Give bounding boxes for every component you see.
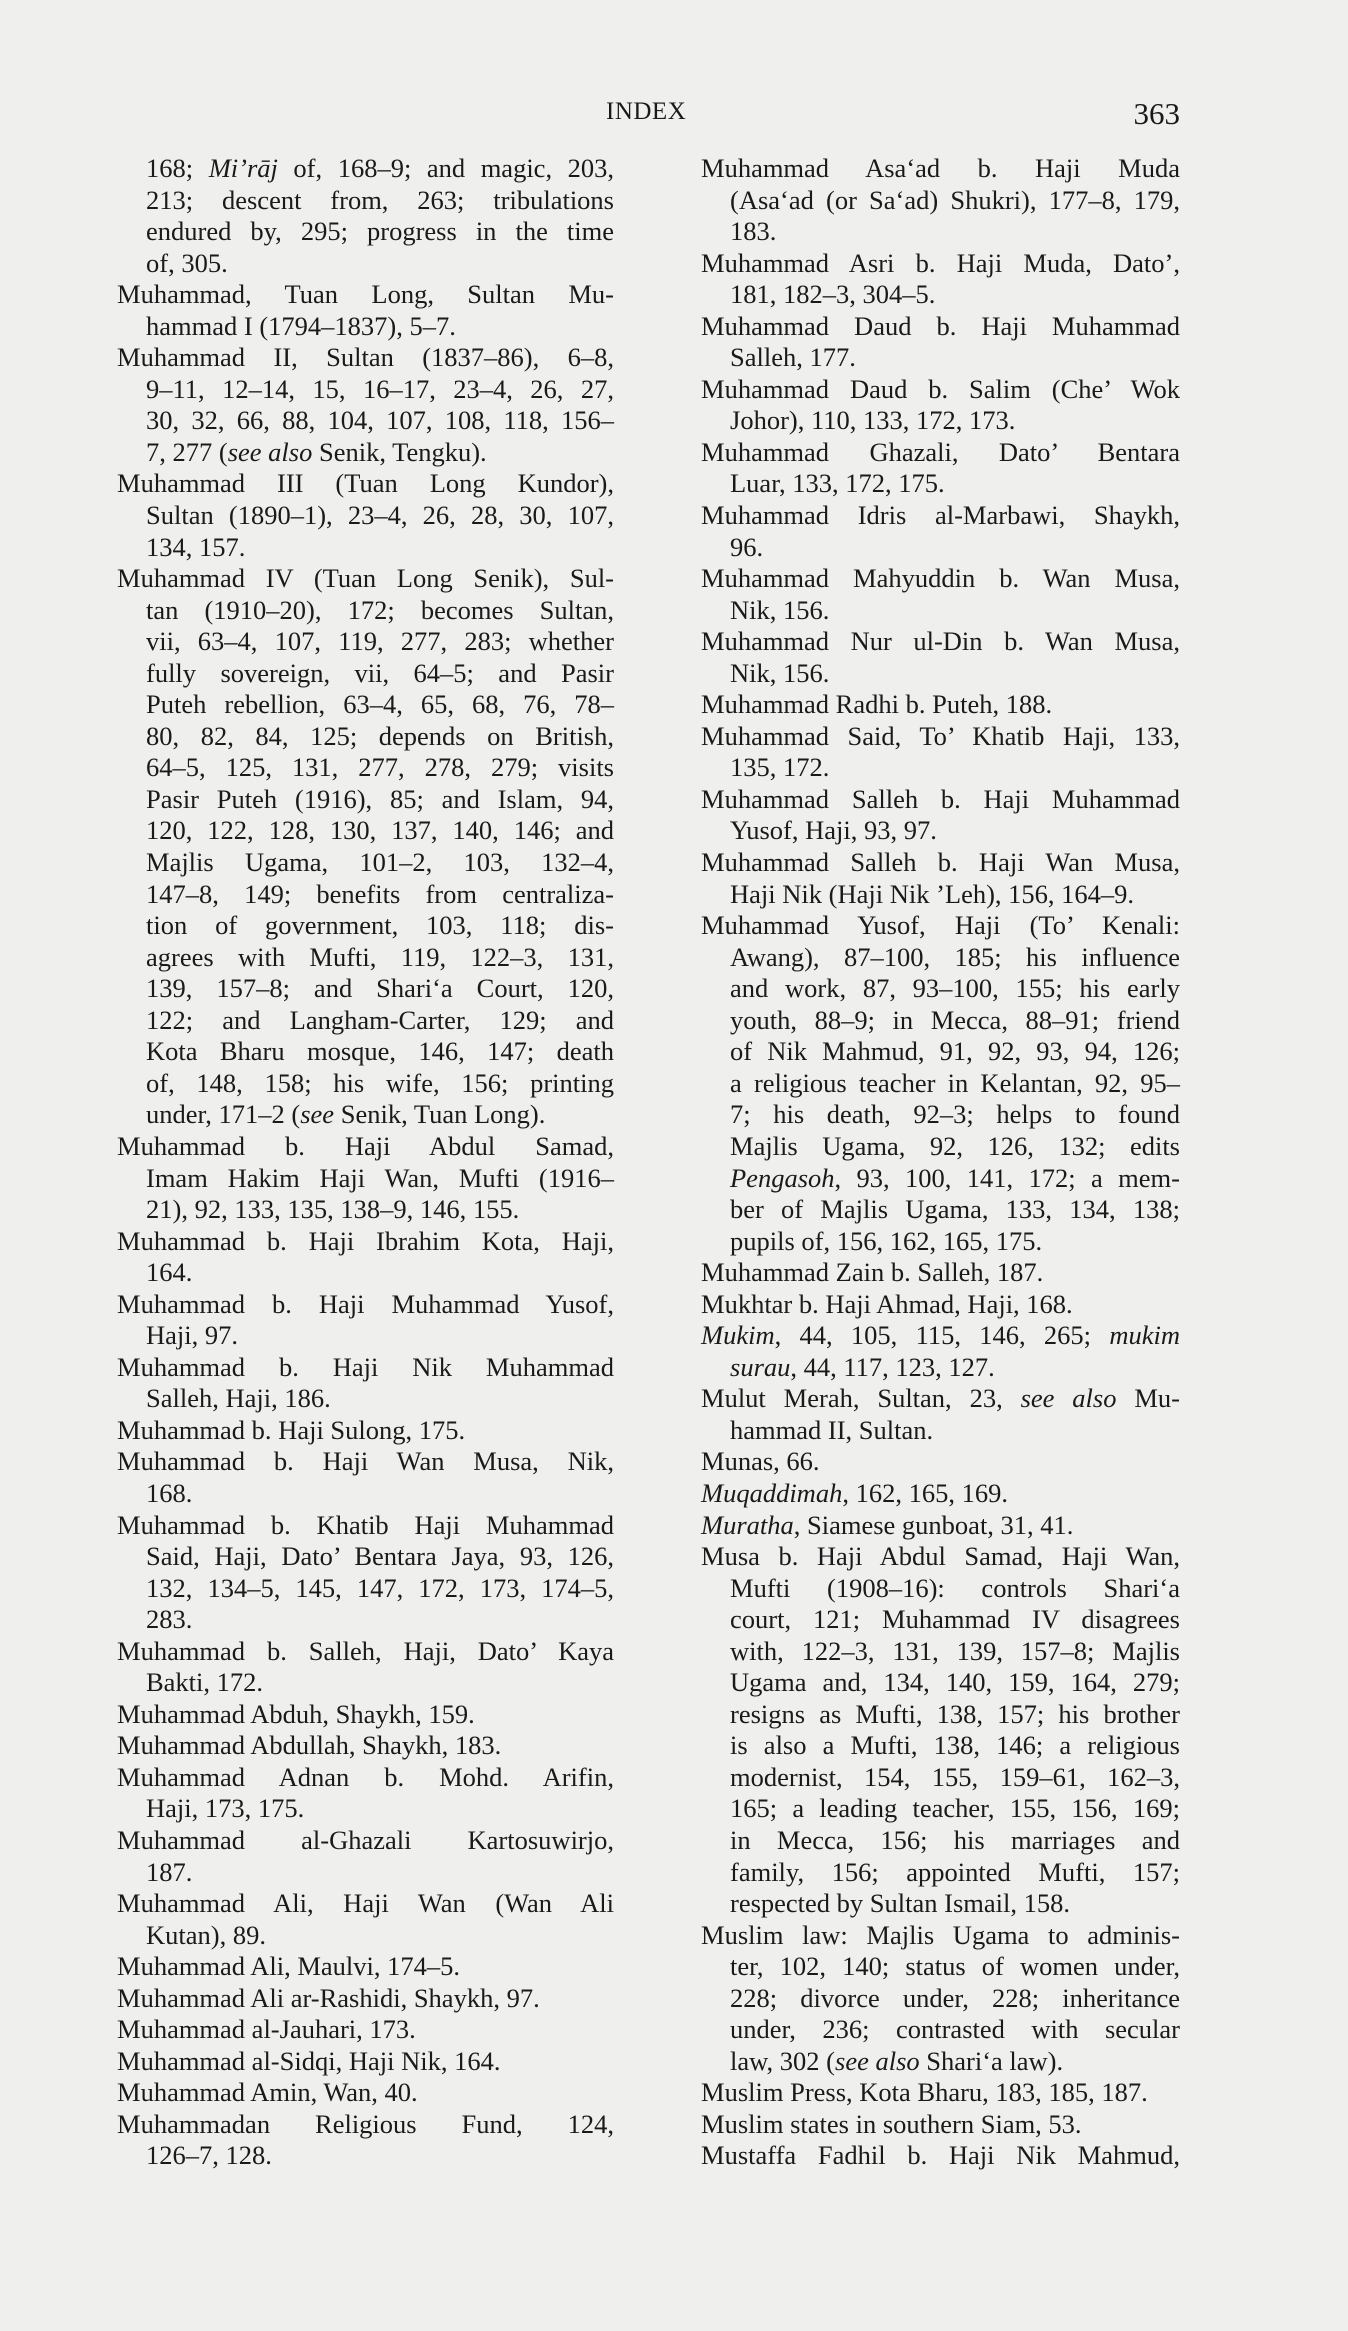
index-entry-continuation-line: hammad II, Sultan. — [701, 1415, 1180, 1447]
index-entry-continuation-line: of Nik Mahmud, 91, 92, 93, 94, 126; — [701, 1036, 1180, 1068]
index-entry-continuation-line: 64–5, 125, 131, 277, 278, 279; visits — [117, 752, 614, 784]
entry-text: Muhammad Yusof, Haji (To’ Kenali: — [701, 910, 1180, 940]
index-entry-heading-line: Muhammad b. Haji Sulong, 175. — [117, 1415, 614, 1447]
index-entry-heading-line: Muhammad b. Haji Ibrahim Kota, Haji, — [117, 1226, 614, 1258]
entry-text: Muhammad b. Haji Muhammad Yusof, — [117, 1289, 614, 1319]
index-entry-continuation-line: 135, 172. — [701, 752, 1180, 784]
entry-text: Said, Haji, Dato’ Bentara Jaya, 93, 126, — [146, 1541, 614, 1571]
entry-text: 9–11, 12–14, 15, 16–17, 23–4, 26, 27, — [146, 374, 614, 404]
index-entry-continuation-line: 164. — [117, 1257, 614, 1289]
entry-text: Muslim law: Majlis Ugama to adminis- — [701, 1920, 1180, 1950]
index-entry-continuation-line: Pasir Puteh (1916), 85; and Islam, 94, — [117, 784, 614, 816]
index-entry-continuation-line: Kutan), 89. — [117, 1920, 614, 1952]
index-entry-heading-line: Muhammadan Religious Fund, 124, — [117, 2109, 614, 2141]
entry-text: Ugama and, 134, 140, 159, 164, 279; — [730, 1667, 1180, 1697]
index-entry-continuation-line: Nik, 156. — [701, 658, 1180, 690]
index-entry-continuation-line: 134, 157. — [117, 532, 614, 564]
index-entry-heading-line: Muhammad Nur ul-Din b. Wan Musa, — [701, 626, 1180, 658]
entry-text: Muhammad Daud b. Haji Muhammad — [701, 311, 1180, 341]
entry-text: Muhammad Idris al-Marbawi, Shaykh, — [701, 500, 1180, 530]
running-head: INDEX — [606, 98, 686, 126]
italic-text: mukim — [1109, 1320, 1180, 1350]
index-entry-continuation-line: Bakti, 172. — [117, 1667, 614, 1699]
entry-text: Majlis Ugama, 92, 126, 132; edits — [730, 1131, 1180, 1161]
entry-text: Johor), 110, 133, 172, 173. — [730, 405, 1015, 435]
index-entry-continuation-line: fully sovereign, vii, 64–5; and Pasir — [117, 658, 614, 690]
index-entry-continuation-line: Said, Haji, Dato’ Bentara Jaya, 93, 126, — [117, 1541, 614, 1573]
entry-text: Muhammad b. Haji Abdul Samad, — [117, 1131, 614, 1161]
entry-text: Haji, 97. — [146, 1320, 238, 1350]
entry-text: Kutan), 89. — [146, 1920, 266, 1950]
index-entry-continuation-line: Yusof, Haji, 93, 97. — [701, 815, 1180, 847]
entry-text: Muslim Press, Kota Bharu, 183, 185, 187. — [701, 2077, 1148, 2107]
index-entry-heading-line: Muhammad Idris al-Marbawi, Shaykh, — [701, 500, 1180, 532]
index-entry-heading-line: Muhammad III (Tuan Long Kundor), — [117, 468, 614, 500]
entry-text: Shari‘a law). — [920, 2046, 1064, 2076]
entry-text: Muhammad Zain b. Salleh, 187. — [701, 1257, 1043, 1287]
italic-text: see also — [835, 2046, 920, 2076]
entry-text: law, 302 ( — [730, 2046, 835, 2076]
italic-text: see — [300, 1099, 334, 1129]
italic-text: Pengasoh — [730, 1163, 835, 1193]
entry-text: respected by Sultan Ismail, 158. — [730, 1888, 1070, 1918]
index-entry-continuation-line: tion of government, 103, 118; dis- — [117, 910, 614, 942]
entry-text: Puteh rebellion, 63–4, 65, 68, 76, 78– — [146, 689, 614, 719]
index-entry-continuation-line: 283. — [117, 1604, 614, 1636]
index-column-left: 168; Mi’rāj of, 168–9; and magic, 203,21… — [117, 153, 614, 2172]
index-entry-heading-line: Muhammad Amin, Wan, 40. — [117, 2077, 614, 2109]
entry-text: of, 305. — [146, 248, 228, 278]
entry-text: Munas, 66. — [701, 1446, 820, 1476]
index-entry-heading-line: Muhammad II, Sultan (1837–86), 6–8, — [117, 342, 614, 374]
italic-text: Muratha — [701, 1510, 794, 1540]
entry-text: Muhammad Ghazali, Dato’ Bentara — [701, 437, 1180, 467]
index-entry-continuation-line: in Mecca, 156; his marriages and — [701, 1825, 1180, 1857]
index-entry-heading-line: Muhammad al-Sidqi, Haji Nik, 164. — [117, 2046, 614, 2078]
index-entry-continuation-line: endured by, 295; progress in the time — [117, 216, 614, 248]
italic-text: Mi’rāj — [209, 153, 278, 183]
index-entry-continuation-line: 80, 82, 84, 125; depends on British, — [117, 721, 614, 753]
index-entry-continuation-line: ter, 102, 140; status of women under, — [701, 1951, 1180, 1983]
entry-text: Muslim states in southern Siam, 53. — [701, 2109, 1082, 2139]
entry-text: Mustaffa Fadhil b. Haji Nik Mahmud, — [701, 2140, 1180, 2170]
entry-text: 187. — [146, 1857, 192, 1887]
index-entry-continuation-line: 9–11, 12–14, 15, 16–17, 23–4, 26, 27, — [117, 374, 614, 406]
index-entry-heading-line: Muhammad Radhi b. Puteh, 188. — [701, 689, 1180, 721]
index-entry-continuation-line: pupils of, 156, 162, 165, 175. — [701, 1226, 1180, 1258]
index-entry-continuation-line: 21), 92, 133, 135, 138–9, 146, 155. — [117, 1194, 614, 1226]
index-entry-heading-line: Muhammad b. Salleh, Haji, Dato’ Kaya — [117, 1636, 614, 1668]
index-entry-continuation-line: under, 236; contrasted with secular — [701, 2014, 1180, 2046]
entry-text: Haji Nik (Haji Nik ’Leh), 156, 164–9. — [730, 879, 1134, 909]
entry-text: 96. — [730, 532, 763, 562]
entry-text: tion of government, 103, 118; dis- — [146, 910, 614, 940]
entry-text: resigns as Mufti, 138, 157; his brother — [730, 1699, 1180, 1729]
page-number: 363 — [1102, 96, 1180, 132]
index-entry-continuation-line: Pengasoh, 93, 100, 141, 172; a mem- — [701, 1163, 1180, 1195]
index-entry-continuation-line: resigns as Mufti, 138, 157; his brother — [701, 1699, 1180, 1731]
entry-text: Muhammad Amin, Wan, 40. — [117, 2077, 418, 2107]
index-entry-heading-line: Muhammad b. Khatib Haji Muhammad — [117, 1510, 614, 1542]
italic-text: Mukim — [701, 1320, 775, 1350]
entry-text: 134, 157. — [146, 532, 245, 562]
index-entry-continuation-line: 126–7, 128. — [117, 2140, 614, 2172]
index-entry-continuation-line: 168. — [117, 1478, 614, 1510]
index-entry-heading-line: Muhammad Said, To’ Khatib Haji, 133, — [701, 721, 1180, 753]
index-column-right: Muhammad Asa‘ad b. Haji Muda(Asa‘ad (or … — [701, 153, 1180, 2172]
entry-text: Nik, 156. — [730, 658, 829, 688]
entry-text: endured by, 295; progress in the time — [146, 216, 614, 246]
entry-text: 126–7, 128. — [146, 2140, 272, 2170]
index-entry-continuation-line: Sultan (1890–1), 23–4, 26, 28, 30, 107, — [117, 500, 614, 532]
index-entry-continuation-line: youth, 88–9; in Mecca, 88–91; friend — [701, 1005, 1180, 1037]
entry-text: Muhammad Asri b. Haji Muda, Dato’, — [701, 248, 1180, 278]
index-entry-continuation-line: modernist, 154, 155, 159–61, 162–3, — [701, 1762, 1180, 1794]
index-entry-continuation-line: Imam Hakim Haji Wan, Mufti (1916– — [117, 1163, 614, 1195]
index-entry-continuation-line: 165; a leading teacher, 155, 156, 169; — [701, 1793, 1180, 1825]
entry-text: Muhammad Ali ar-Rashidi, Shaykh, 97. — [117, 1983, 540, 2013]
index-entry-heading-line: Muhammad al-Jauhari, 173. — [117, 2014, 614, 2046]
entry-text: of, 168–9; and magic, 203, — [278, 153, 614, 183]
entry-text: Salleh, Haji, 186. — [146, 1383, 331, 1413]
entry-text: Muhammad Abdullah, Shaykh, 183. — [117, 1730, 501, 1760]
index-entry-heading-line: Munas, 66. — [701, 1446, 1180, 1478]
index-entry-heading-line: Muhammad Zain b. Salleh, 187. — [701, 1257, 1180, 1289]
index-entry-continuation-line: Johor), 110, 133, 172, 173. — [701, 405, 1180, 437]
entry-text: Mu- — [1116, 1383, 1180, 1413]
entry-text: Muhammad Ali, Maulvi, 174–5. — [117, 1951, 460, 1981]
index-entry-heading-line: Muqaddimah, 162, 165, 169. — [701, 1478, 1180, 1510]
entry-text: Muhammad II, Sultan (1837–86), 6–8, — [117, 342, 614, 372]
index-entry-continuation-line: Luar, 133, 172, 175. — [701, 468, 1180, 500]
entry-text: 147–8, 149; benefits from centraliza- — [146, 879, 614, 909]
index-entry-continuation-line: 122; and Langham-Carter, 129; and — [117, 1005, 614, 1037]
entry-text: Majlis Ugama, 101–2, 103, 132–4, — [146, 847, 614, 877]
index-entry-heading-line: Muhammad Abduh, Shaykh, 159. — [117, 1699, 614, 1731]
entry-text: Muhammad Salleh b. Haji Muhammad — [701, 784, 1180, 814]
entry-text: , 44, 105, 115, 146, 265; — [775, 1320, 1110, 1350]
entry-text: a religious teacher in Kelantan, 92, 95– — [730, 1068, 1180, 1098]
entry-text: Muhammad III (Tuan Long Kundor), — [117, 468, 614, 498]
index-entry-continuation-line: 139, 157–8; and Shari‘a Court, 120, — [117, 973, 614, 1005]
entry-text: Muhammad b. Khatib Haji Muhammad — [117, 1510, 614, 1540]
entry-text: Muhammad b. Salleh, Haji, Dato’ Kaya — [117, 1636, 614, 1666]
index-entry-heading-line: Muhammad Salleh b. Haji Wan Musa, — [701, 847, 1180, 879]
index-entry-continuation-line: law, 302 (see also Shari‘a law). — [701, 2046, 1180, 2078]
entry-text: 122; and Langham-Carter, 129; and — [146, 1005, 614, 1035]
entry-text: hammad I (1794–1837), 5–7. — [146, 311, 456, 341]
index-entry-heading-line: Mukim, 44, 105, 115, 146, 265; mukim — [701, 1320, 1180, 1352]
index-entry-heading-line: Muhammad b. Haji Muhammad Yusof, — [117, 1289, 614, 1321]
entry-text: and work, 87, 93–100, 155; his early — [730, 973, 1180, 1003]
index-entry-continuation-line: surau, 44, 117, 123, 127. — [701, 1352, 1180, 1384]
index-entry-continuation-line: 228; divorce under, 228; inheritance — [701, 1983, 1180, 2015]
entry-text: with, 122–3, 131, 139, 157–8; Majlis — [730, 1636, 1180, 1666]
entry-text: Muhammad Salleh b. Haji Wan Musa, — [701, 847, 1180, 877]
index-entry-heading-line: Muhammad b. Haji Wan Musa, Nik, — [117, 1446, 614, 1478]
index-entry-continuation-line: Puteh rebellion, 63–4, 65, 68, 76, 78– — [117, 689, 614, 721]
entry-text: Kota Bharu mosque, 146, 147; death — [146, 1036, 614, 1066]
entry-text: is also a Mufti, 138, 146; a religious — [730, 1730, 1180, 1760]
index-entry-continuation-line: respected by Sultan Ismail, 158. — [701, 1888, 1180, 1920]
entry-text: agrees with Mufti, 119, 122–3, 131, — [146, 942, 614, 972]
entry-text: Muhammad Said, To’ Khatib Haji, 133, — [701, 721, 1180, 751]
index-entry-heading-line: Mustaffa Fadhil b. Haji Nik Mahmud, — [701, 2140, 1180, 2172]
index-entry-heading-line: Muhammad Daud b. Haji Muhammad — [701, 311, 1180, 343]
entry-text: hammad II, Sultan. — [730, 1415, 933, 1445]
index-entry-continuation-line: Awang), 87–100, 185; his influence — [701, 942, 1180, 974]
index-entry-continuation-line: and work, 87, 93–100, 155; his early — [701, 973, 1180, 1005]
index-entry-heading-line: Muhammad Ali, Maulvi, 174–5. — [117, 1951, 614, 1983]
index-entry-continuation-line: is also a Mufti, 138, 146; a religious — [701, 1730, 1180, 1762]
index-entry-continuation-line: family, 156; appointed Mufti, 157; — [701, 1857, 1180, 1889]
italic-text: see also — [1021, 1383, 1117, 1413]
italic-text: surau — [730, 1352, 790, 1382]
entry-text: 164. — [146, 1257, 192, 1287]
entry-text: 213; descent from, 263; tribulations — [146, 185, 614, 215]
entry-text: Muhammad Mahyuddin b. Wan Musa, — [701, 563, 1180, 593]
entry-text: Muhammad Asa‘ad b. Haji Muda — [701, 153, 1180, 183]
entry-text: 181, 182–3, 304–5. — [730, 279, 935, 309]
italic-text: Muqaddimah — [701, 1478, 842, 1508]
index-entry-heading-line: Muhammad, Tuan Long, Sultan Mu- — [117, 279, 614, 311]
index-entry-heading-line: Muhammad IV (Tuan Long Senik), Sul- — [117, 563, 614, 595]
index-entry-heading-line: Muhammad Mahyuddin b. Wan Musa, — [701, 563, 1180, 595]
entry-text: 183. — [730, 216, 776, 246]
index-entry-continuation-line: agrees with Mufti, 119, 122–3, 131, — [117, 942, 614, 974]
index-entry-continuation-line: Salleh, 177. — [701, 342, 1180, 374]
entry-text: 64–5, 125, 131, 277, 278, 279; visits — [146, 752, 614, 782]
entry-text: Muhammad al-Jauhari, 173. — [117, 2014, 416, 2044]
entry-text: Muhammad b. Haji Sulong, 175. — [117, 1415, 465, 1445]
index-entry-continuation-line: Kota Bharu mosque, 146, 147; death — [117, 1036, 614, 1068]
index-entry-continuation-line: Haji Nik (Haji Nik ’Leh), 156, 164–9. — [701, 879, 1180, 911]
entry-text: Muhammad Ali, Haji Wan (Wan Ali — [117, 1888, 614, 1918]
entry-text: Mukhtar b. Haji Ahmad, Haji, 168. — [701, 1289, 1073, 1319]
index-entry-continuation-line: Majlis Ugama, 92, 126, 132; edits — [701, 1131, 1180, 1163]
entry-text: 135, 172. — [730, 752, 829, 782]
index-entry-heading-line: Muhammad Salleh b. Haji Muhammad — [701, 784, 1180, 816]
index-entry-continuation-line: tan (1910–20), 172; becomes Sultan, — [117, 595, 614, 627]
index-entry-continuation-line: of, 305. — [117, 248, 614, 280]
entry-text: , Siamese gunboat, 31, 41. — [794, 1510, 1074, 1540]
index-entry-continuation-line: Majlis Ugama, 101–2, 103, 132–4, — [117, 847, 614, 879]
entry-text: modernist, 154, 155, 159–61, 162–3, — [730, 1762, 1180, 1792]
index-entry-heading-line: Muhammad Ghazali, Dato’ Bentara — [701, 437, 1180, 469]
index-entry-continuation-line: 7; his death, 92–3; helps to found — [701, 1099, 1180, 1131]
entry-text: (Asa‘ad (or Sa‘ad) Shukri), 177–8, 179, — [730, 185, 1180, 215]
index-entry-continuation-line: 187. — [117, 1857, 614, 1889]
index-entry-continuation-line: 147–8, 149; benefits from centraliza- — [117, 879, 614, 911]
index-entry-heading-line: Muhammad Adnan b. Mohd. Arifin, — [117, 1762, 614, 1794]
index-entry-continuation-line: of, 148, 158; his wife, 156; printing — [117, 1068, 614, 1100]
entry-text: of, 148, 158; his wife, 156; printing — [146, 1068, 614, 1098]
entry-text: 168; — [146, 153, 209, 183]
index-entry-heading-line: Mulut Merah, Sultan, 23, see also Mu- — [701, 1383, 1180, 1415]
entry-text: Muhammad b. Haji Wan Musa, Nik, — [117, 1446, 614, 1476]
index-entry-continuation-line: 183. — [701, 216, 1180, 248]
index-entry-continuation-line: 213; descent from, 263; tribulations — [117, 185, 614, 217]
entry-text: 30, 32, 66, 88, 104, 107, 108, 118, 156– — [146, 405, 614, 435]
entry-text: under, 236; contrasted with secular — [730, 2014, 1180, 2044]
index-entry-continuation-line: Mufti (1908–16): controls Shari‘a — [701, 1573, 1180, 1605]
italic-text: see also — [228, 437, 313, 467]
entry-text: Imam Hakim Haji Wan, Mufti (1916– — [146, 1163, 614, 1193]
index-entry-continuation-line: hammad I (1794–1837), 5–7. — [117, 311, 614, 343]
index-entry-heading-line: Muslim states in southern Siam, 53. — [701, 2109, 1180, 2141]
entry-text: 168. — [146, 1478, 192, 1508]
entry-text: youth, 88–9; in Mecca, 88–91; friend — [730, 1005, 1180, 1035]
index-entry-heading-line: Muhammad al-Ghazali Kartosuwirjo, — [117, 1825, 614, 1857]
index-entry-continuation-line: Salleh, Haji, 186. — [117, 1383, 614, 1415]
index-entry-heading-line: Musa b. Haji Abdul Samad, Haji Wan, — [701, 1541, 1180, 1573]
entry-text: 132, 134–5, 145, 147, 172, 173, 174–5, — [146, 1573, 614, 1603]
index-entry-heading-line: Muhammad Yusof, Haji (To’ Kenali: — [701, 910, 1180, 942]
entry-text: Haji, 173, 175. — [146, 1793, 304, 1823]
entry-text: Muhammad al-Sidqi, Haji Nik, 164. — [117, 2046, 500, 2076]
entry-text: , 162, 165, 169. — [842, 1478, 1008, 1508]
index-entry-continuation-line: 96. — [701, 532, 1180, 564]
entry-text: Pasir Puteh (1916), 85; and Islam, 94, — [146, 784, 614, 814]
index-entry-continuation-line: under, 171–2 (see Senik, Tuan Long). — [117, 1099, 614, 1131]
index-entry-heading-line: Muhammad Daud b. Salim (Che’ Wok — [701, 374, 1180, 406]
index-entry-heading-line: Muhammad Abdullah, Shaykh, 183. — [117, 1730, 614, 1762]
entry-text: Muhammadan Religious Fund, 124, — [117, 2109, 614, 2139]
entry-text: Nik, 156. — [730, 595, 829, 625]
entry-text: pupils of, 156, 162, 165, 175. — [730, 1226, 1042, 1256]
entry-text: 283. — [146, 1604, 192, 1634]
entry-text: Sultan (1890–1), 23–4, 26, 28, 30, 107, — [146, 500, 614, 530]
entry-text: Muhammad IV (Tuan Long Senik), Sul- — [117, 563, 614, 593]
index-entry-continuation-line: court, 121; Muhammad IV disagrees — [701, 1604, 1180, 1636]
entry-text: Mufti (1908–16): controls Shari‘a — [730, 1573, 1180, 1603]
entry-text: Awang), 87–100, 185; his influence — [730, 942, 1180, 972]
entry-text: 7, 277 ( — [146, 437, 228, 467]
index-entry-heading-line: Muhammad b. Haji Nik Muhammad — [117, 1352, 614, 1384]
index-entry-continuation-line: 30, 32, 66, 88, 104, 107, 108, 118, 156– — [117, 405, 614, 437]
index-entry-continuation-line: Ugama and, 134, 140, 159, 164, 279; — [701, 1667, 1180, 1699]
index-entry-heading-line: Muhammad Ali, Haji Wan (Wan Ali — [117, 1888, 614, 1920]
entry-text: 7; his death, 92–3; helps to found — [730, 1099, 1180, 1129]
entry-text: 165; a leading teacher, 155, 156, 169; — [730, 1793, 1180, 1823]
entry-text: Muhammad b. Haji Nik Muhammad — [117, 1352, 614, 1382]
entry-text: Muhammad al-Ghazali Kartosuwirjo, — [117, 1825, 614, 1855]
index-entry-continuation-line: Haji, 97. — [117, 1320, 614, 1352]
entry-text: Luar, 133, 172, 175. — [730, 468, 945, 498]
index-entry-heading-line: Muslim Press, Kota Bharu, 183, 185, 187. — [701, 2077, 1180, 2109]
entry-text: Senik, Tuan Long). — [334, 1099, 545, 1129]
entry-text: Senik, Tengku). — [312, 437, 486, 467]
entry-text: vii, 63–4, 107, 119, 277, 283; whether — [146, 626, 614, 656]
entry-text: Muhammad Radhi b. Puteh, 188. — [701, 689, 1052, 719]
entry-text: Bakti, 172. — [146, 1667, 263, 1697]
entry-text: fully sovereign, vii, 64–5; and Pasir — [146, 658, 614, 688]
index-entry-heading-line: Muhammad Ali ar-Rashidi, Shaykh, 97. — [117, 1983, 614, 2015]
index-entry-heading-line: Mukhtar b. Haji Ahmad, Haji, 168. — [701, 1289, 1180, 1321]
entry-text: under, 171–2 ( — [146, 1099, 300, 1129]
index-entry-continuation-line: (Asa‘ad (or Sa‘ad) Shukri), 177–8, 179, — [701, 185, 1180, 217]
index-entry-continuation-line: vii, 63–4, 107, 119, 277, 283; whether — [117, 626, 614, 658]
index-entry-continuation-line: 7, 277 (see also Senik, Tengku). — [117, 437, 614, 469]
index-entry-continuation-line: with, 122–3, 131, 139, 157–8; Majlis — [701, 1636, 1180, 1668]
entry-text: 21), 92, 133, 135, 138–9, 146, 155. — [146, 1194, 519, 1224]
index-entry-continuation-line: 132, 134–5, 145, 147, 172, 173, 174–5, — [117, 1573, 614, 1605]
entry-text: 228; divorce under, 228; inheritance — [730, 1983, 1180, 2013]
entry-text: ter, 102, 140; status of women under, — [730, 1951, 1180, 1981]
entry-text: Salleh, 177. — [730, 342, 856, 372]
entry-text: Musa b. Haji Abdul Samad, Haji Wan, — [701, 1541, 1180, 1571]
entry-text: 80, 82, 84, 125; depends on British, — [146, 721, 614, 751]
entry-text: tan (1910–20), 172; becomes Sultan, — [146, 595, 614, 625]
entry-text: of Nik Mahmud, 91, 92, 93, 94, 126; — [730, 1036, 1180, 1066]
entry-text: , 93, 100, 141, 172; a mem- — [835, 1163, 1180, 1193]
index-entry-continuation-line: ber of Majlis Ugama, 133, 134, 138; — [701, 1194, 1180, 1226]
entry-text: , 44, 117, 123, 127. — [790, 1352, 994, 1382]
entry-text: family, 156; appointed Mufti, 157; — [730, 1857, 1180, 1887]
entry-text: 120, 122, 128, 130, 137, 140, 146; and — [146, 815, 614, 845]
index-entry-continuation-line: 120, 122, 128, 130, 137, 140, 146; and — [117, 815, 614, 847]
entry-text: Muhammad Abduh, Shaykh, 159. — [117, 1699, 475, 1729]
entry-text: Muhammad Adnan b. Mohd. Arifin, — [117, 1762, 614, 1792]
entry-text: court, 121; Muhammad IV disagrees — [730, 1604, 1180, 1634]
index-entry-heading-line: Muhammad Asa‘ad b. Haji Muda — [701, 153, 1180, 185]
entry-text: Muhammad, Tuan Long, Sultan Mu- — [117, 279, 614, 309]
index-entry-continuation-line: Haji, 173, 175. — [117, 1793, 614, 1825]
index-entry-heading-line: Muhammad b. Haji Abdul Samad, — [117, 1131, 614, 1163]
entry-text: Mulut Merah, Sultan, 23, — [701, 1383, 1021, 1413]
index-entry-heading-line: Muhammad Asri b. Haji Muda, Dato’, — [701, 248, 1180, 280]
entry-text: 139, 157–8; and Shari‘a Court, 120, — [146, 973, 614, 1003]
index-entry-continuation-line: 181, 182–3, 304–5. — [701, 279, 1180, 311]
entry-text: ber of Majlis Ugama, 133, 134, 138; — [730, 1194, 1180, 1224]
index-entry-heading-line: Muslim law: Majlis Ugama to adminis- — [701, 1920, 1180, 1952]
entry-text: Muhammad Nur ul-Din b. Wan Musa, — [701, 626, 1180, 656]
index-entry-continuation-line: a religious teacher in Kelantan, 92, 95– — [701, 1068, 1180, 1100]
entry-text: Muhammad b. Haji Ibrahim Kota, Haji, — [117, 1226, 614, 1256]
index-entry-continuation-line: Nik, 156. — [701, 595, 1180, 627]
entry-text: Yusof, Haji, 93, 97. — [730, 815, 937, 845]
index-entry-continuation-line: 168; Mi’rāj of, 168–9; and magic, 203, — [117, 153, 614, 185]
index-entry-heading-line: Muratha, Siamese gunboat, 31, 41. — [701, 1510, 1180, 1542]
entry-text: Muhammad Daud b. Salim (Che’ Wok — [701, 374, 1180, 404]
entry-text: in Mecca, 156; his marriages and — [730, 1825, 1180, 1855]
